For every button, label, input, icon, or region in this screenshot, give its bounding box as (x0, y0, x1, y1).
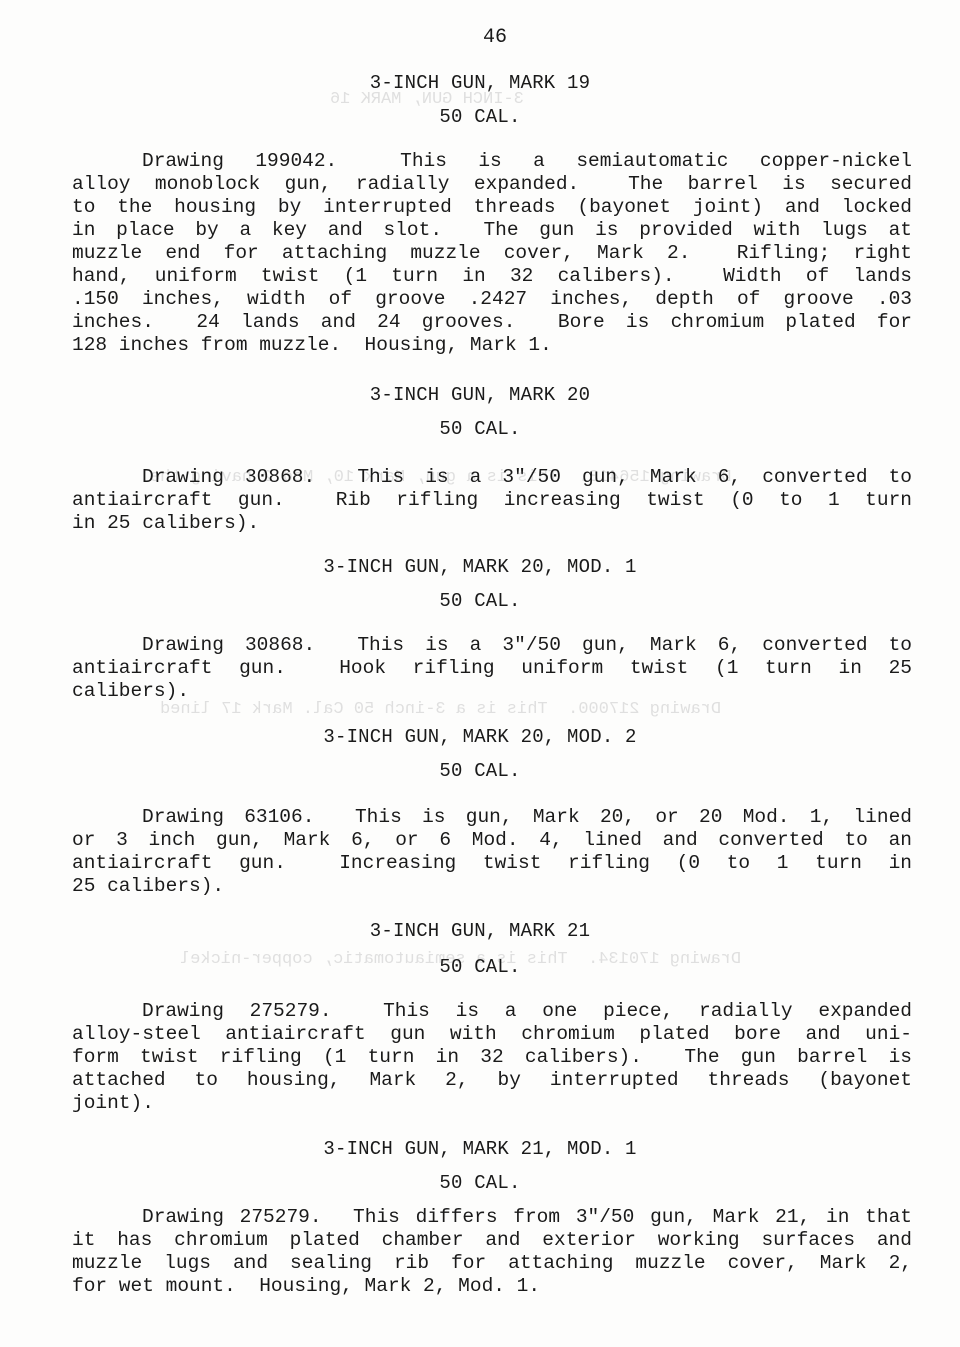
body-line: in 25 calibers). (72, 512, 912, 535)
section-caliber: 50 CAL. (0, 956, 960, 978)
body-line: Drawing 199042. This is a semiautomatic … (72, 150, 912, 173)
section-caliber: 50 CAL. (0, 1172, 960, 1194)
section-caliber: 50 CAL. (0, 590, 960, 612)
body-line: form twist rifling (1 turn in 32 caliber… (72, 1046, 912, 1069)
section-title: 3-INCH GUN, MARK 21, MOD. 1 (0, 1138, 960, 1160)
body-line: attached to housing, Mark 2, by interrup… (72, 1069, 912, 1092)
body-line: 25 calibers). (72, 875, 912, 898)
section-body: Drawing 275279. This is a one piece, rad… (72, 1000, 912, 1115)
section-title: 3-INCH GUN, MARK 20, MOD. 1 (0, 556, 960, 578)
body-line: alloy-steel antiaircraft gun with chromi… (72, 1023, 912, 1046)
body-line: hand, uniform twist (1 turn in 32 calibe… (72, 265, 912, 288)
body-line: joint). (72, 1092, 912, 1115)
section-caliber: 50 CAL. (0, 418, 960, 440)
body-line: muzzle end for attaching muzzle cover, M… (72, 242, 912, 265)
section-caliber: 50 CAL. (0, 106, 960, 128)
body-line: or 3 inch gun, Mark 6, or 6 Mod. 4, line… (72, 829, 912, 852)
body-line: calibers). (72, 680, 912, 703)
section-body: Drawing 199042. This is a semiautomatic … (72, 150, 912, 357)
body-line: Drawing 30868. This is a 3"/50 gun, Mark… (72, 634, 912, 657)
body-line: antiaircraft gun. Rib rifling increasing… (72, 489, 912, 512)
body-line: antiaircraft gun. Hook rifling uniform t… (72, 657, 912, 680)
section-body: Drawing 275279. This differs from 3"/50 … (72, 1206, 912, 1298)
section-title: 3-INCH GUN, MARK 21 (0, 920, 960, 942)
body-line: to the housing by interrupted threads (b… (72, 196, 912, 219)
body-line: in place by a key and slot. The gun is p… (72, 219, 912, 242)
body-line: 128 inches from muzzle. Housing, Mark 1. (72, 334, 912, 357)
section-title: 3-INCH GUN, MARK 19 (0, 72, 960, 94)
body-line: .150 inches, width of groove .2427 inche… (72, 288, 912, 311)
page-number: 46 (0, 26, 960, 49)
body-line: Drawing 63106. This is gun, Mark 20, or … (72, 806, 912, 829)
body-line: Drawing 30868. This is a 3"/50 gun, Mark… (72, 466, 912, 489)
section-title: 3-INCH GUN, MARK 20, MOD. 2 (0, 726, 960, 748)
section-title: 3-INCH GUN, MARK 20 (0, 384, 960, 406)
section-caliber: 50 CAL. (0, 760, 960, 782)
body-line: antiaircraft gun. Increasing twist rifli… (72, 852, 912, 875)
body-line: Drawing 275279. This is a one piece, rad… (72, 1000, 912, 1023)
body-line: alloy monoblock gun, radially expanded. … (72, 173, 912, 196)
body-line: Drawing 275279. This differs from 3"/50 … (72, 1206, 912, 1229)
section-body: Drawing 30868. This is a 3"/50 gun, Mark… (72, 466, 912, 535)
document-page: 3-INCH GUN, MARK 16 Drawing 156413. This… (0, 0, 960, 1347)
body-line: it has chromium plated chamber and exter… (72, 1229, 912, 1252)
body-line: inches. 24 lands and 24 grooves. Bore is… (72, 311, 912, 334)
body-line: muzzle lugs and sealing rib for attachin… (72, 1252, 912, 1275)
section-body: Drawing 30868. This is a 3"/50 gun, Mark… (72, 634, 912, 703)
section-body: Drawing 63106. This is gun, Mark 20, or … (72, 806, 912, 898)
body-line: for wet mount. Housing, Mark 2, Mod. 1. (72, 1275, 912, 1298)
